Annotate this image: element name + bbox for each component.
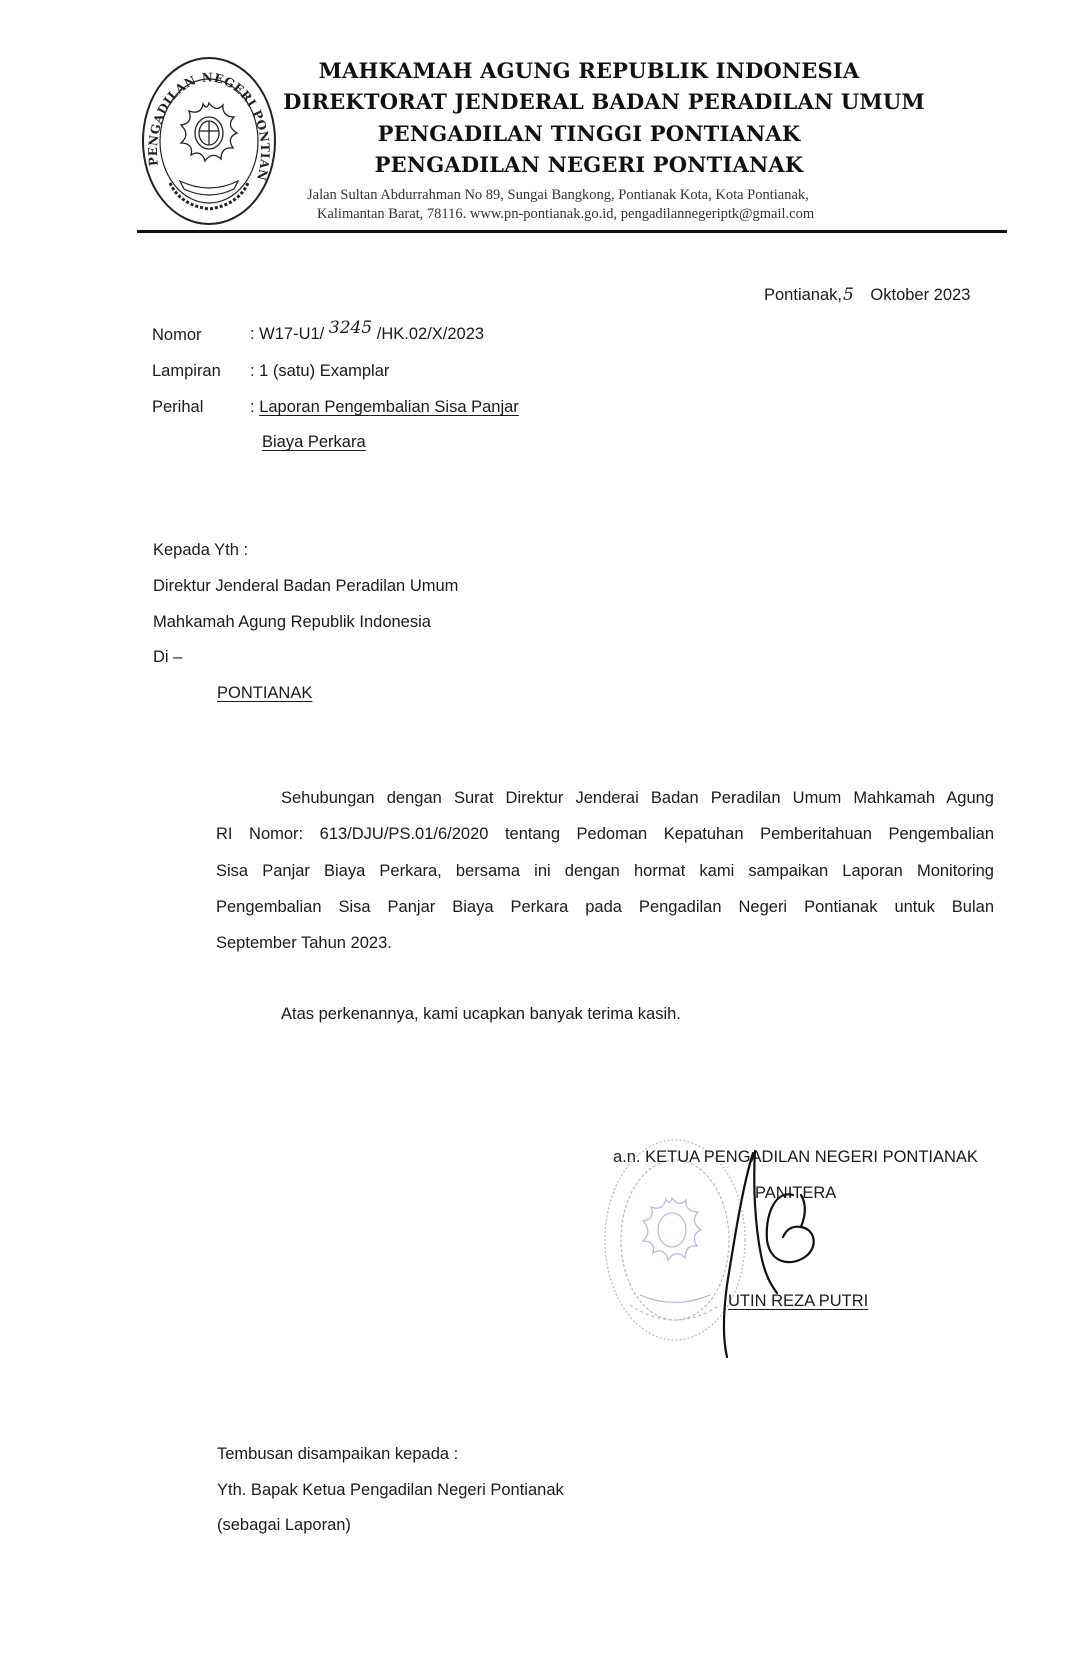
nomor-handwritten: 3245: [329, 318, 372, 338]
handwritten-signature-icon: [715, 1145, 855, 1365]
body-line-4: Pengembalian Sisa Panjar Biaya Perkara p…: [216, 898, 994, 917]
nomor-suffix: /HK.02/X/2023: [377, 325, 484, 343]
letterhead-line-pt: PENGADILAN TINGGI PONTIANAK: [0, 121, 1088, 146]
body-closing: Atas perkenannya, kami ucapkan banyak te…: [281, 1005, 681, 1024]
date-month-year: Oktober 2023: [870, 286, 970, 304]
perihal-colon: :: [250, 398, 255, 416]
date-place: Pontianak,: [764, 286, 842, 304]
date-day-handwritten: 5: [843, 285, 854, 305]
letterhead-line-ma: MAHKAMAH AGUNG REPUBLIK INDONESIA: [0, 58, 1088, 83]
body-line-3: Sisa Panjar Biaya Perkara, bersama ini d…: [216, 862, 994, 881]
cc-heading: Tembusan disampaikan kepada :: [217, 1445, 458, 1464]
recipient-di: Di –: [153, 648, 182, 667]
letter-date: Pontianak,5 Oktober 2023: [764, 285, 970, 305]
lampiran-value: : 1 (satu) Examplar: [250, 362, 389, 381]
cc-line2: (sebagai Laporan): [217, 1516, 351, 1535]
lampiran-label: Lampiran: [152, 362, 221, 381]
body-line-2: RI Nomor: 613/DJU/PS.01/6/2020 tentang P…: [216, 825, 994, 844]
perihal-line1: Laporan Pengembalian Sisa Panjar: [259, 398, 519, 416]
nomor-value: : W17-U1/ 3245 /HK.02/X/2023: [250, 324, 484, 344]
letterhead-address-line1: Jalan Sultan Abdurrahman No 89, Sungai B…: [307, 187, 809, 204]
perihal-value: : Laporan Pengembalian Sisa Panjar: [250, 398, 519, 417]
letterhead-line-badilum: DIREKTORAT JENDERAL BADAN PERADILAN UMUM: [0, 89, 1088, 114]
letterhead-address-line2: Kalimantan Barat, 78116. www.pn-pontiana…: [317, 206, 814, 223]
letterhead-line-pn: PENGADILAN NEGERI PONTIANAK: [0, 152, 1088, 177]
nomor-prefix: : W17-U1/: [250, 325, 324, 343]
recipient-line2: Mahkamah Agung Republik Indonesia: [153, 613, 431, 632]
recipient-city: PONTIANAK: [217, 684, 312, 703]
body-line-5: September Tahun 2023.: [216, 934, 392, 953]
body-line-1: Sehubungan dengan Surat Direktur Jendera…: [281, 789, 994, 808]
recipient-line1: Direktur Jenderal Badan Peradilan Umum: [153, 577, 458, 596]
cc-line1: Yth. Bapak Ketua Pengadilan Negeri Ponti…: [217, 1481, 564, 1500]
nomor-label: Nomor: [152, 326, 202, 345]
recipient-greeting: Kepada Yth :: [153, 541, 248, 560]
perihal-label: Perihal: [152, 398, 203, 417]
perihal-line2: Biaya Perkara: [262, 433, 366, 452]
signature-name: UTIN REZA PUTRI: [728, 1292, 868, 1311]
letterhead-divider: [137, 230, 1007, 233]
